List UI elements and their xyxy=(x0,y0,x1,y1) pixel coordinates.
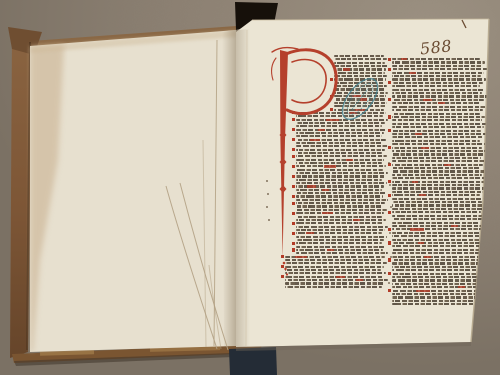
initial-letter-P-icon xyxy=(272,48,337,276)
page-decorations: 588 xyxy=(0,0,500,375)
foliation-number: 588 xyxy=(419,36,453,58)
manuscript-photo: 588 xyxy=(0,0,500,375)
ink-mark xyxy=(462,20,466,28)
library-stamp-icon xyxy=(336,73,384,126)
